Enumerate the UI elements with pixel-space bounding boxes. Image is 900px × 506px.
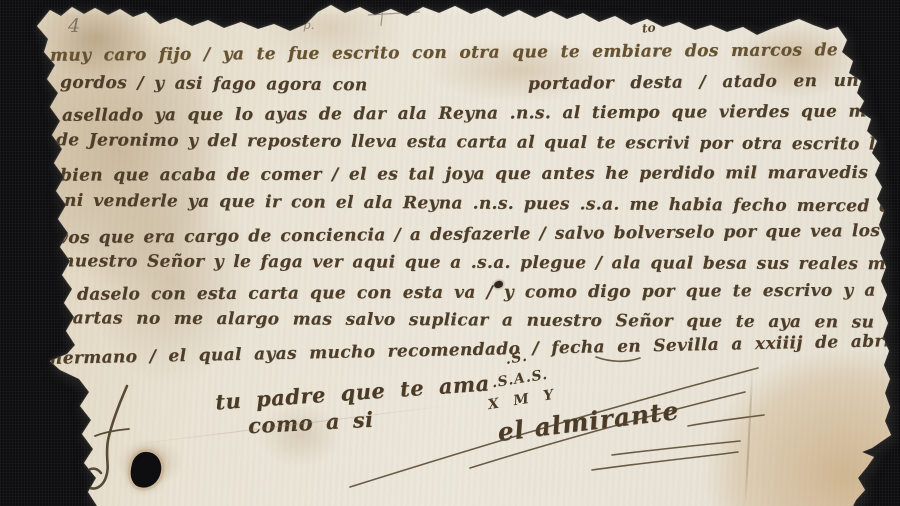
manuscript-line-3: asellado ya que lo ayas de dar ala Reyna… bbox=[62, 102, 900, 125]
faint-pen-mark: p. bbox=[303, 18, 315, 32]
manuscript-paper: 4 p. to muy caro fijo / ya te fue escrit… bbox=[0, 0, 900, 506]
manuscript-line-6: ni venderle ya que ir con el ala Reyna .… bbox=[64, 193, 900, 216]
manuscript-line-2-right: portador desta / atado en un paño y bbox=[528, 72, 900, 93]
pencil-cross-mark bbox=[368, 7, 420, 26]
manuscript-line-4: de Jeronimo y del repostero lleva esta c… bbox=[56, 132, 900, 155]
manuscript-paper-wrap: 4 p. to muy caro fijo / ya te fue escrit… bbox=[0, 0, 900, 506]
left-rubric-flourish bbox=[85, 386, 129, 489]
manuscript-line-1: muy caro fijo / ya te fue escrito con ot… bbox=[50, 40, 900, 64]
manuscript-line-5: bien que acaba de comer / el es tal joya… bbox=[60, 164, 900, 184]
interlinear-insertion: to bbox=[641, 20, 656, 35]
manuscript-line-7: vos que era cargo de conciencia / a desf… bbox=[58, 222, 900, 247]
archival-number: 4 bbox=[68, 15, 80, 37]
manuscript-line-8: nuestro Señor y le faga ver aqui que a .… bbox=[62, 253, 900, 273]
paper-hole bbox=[128, 449, 165, 490]
fold-crease bbox=[744, 368, 753, 506]
photograph-canvas: 4 p. to muy caro fijo / ya te fue escrit… bbox=[0, 0, 900, 506]
closing-line-2: como a si bbox=[247, 407, 374, 439]
manuscript-line-9: y daselo con esta carta que con esta va … bbox=[56, 281, 900, 304]
manuscript-line-2-left: gordos / y asi fago agora con bbox=[60, 75, 368, 95]
manuscript-line-10: cartas no me alargo mas salvo suplicar a… bbox=[62, 310, 900, 333]
